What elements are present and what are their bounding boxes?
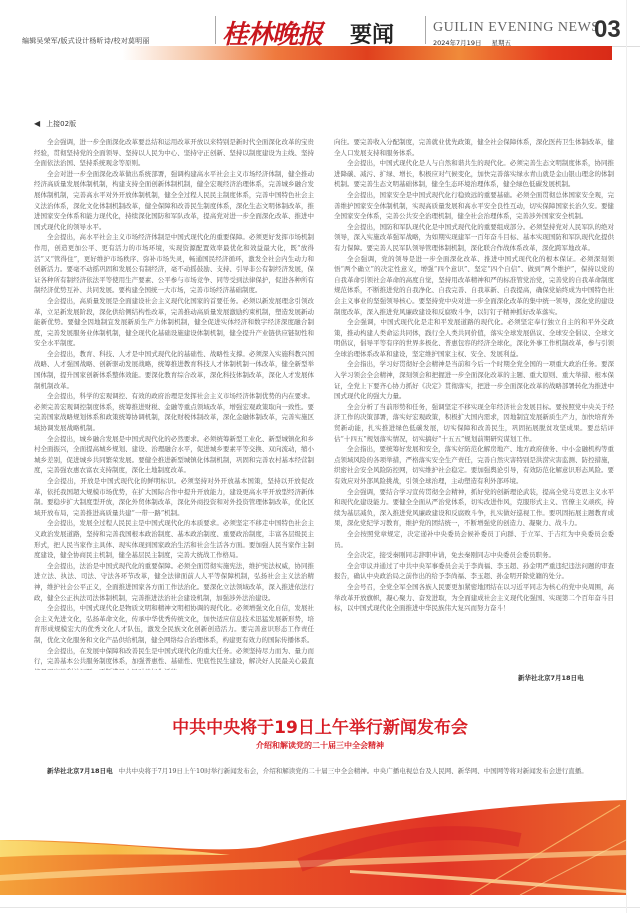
news-subheadline: 介绍和解读党的二十届三中全会精神: [0, 740, 640, 751]
news-headline: 中共中央将于19日上午举行新闻发布会: [0, 713, 640, 738]
article-paragraph: 全会提出，开放是中国式现代化的鲜明标识。必须坚持对外开放基本国策，坚持以开放促改…: [34, 476, 314, 518]
continued-label: 上接02版: [46, 120, 76, 128]
article-paragraph: 全会对进一步全面深化改革做出系统部署，强调构建高水平社会主义市场经济体制，健全推…: [34, 169, 314, 233]
decorative-wave-graphic: [0, 795, 626, 903]
article-paragraph: 全会指出，学习好贯彻好全会精神是当前和今后一个时期全党全国的一项重大政治任务。要…: [334, 359, 614, 401]
article-paragraph: 全会提出，高质量发展是全面建设社会主义现代化国家的首要任务。必须以新发展理念引领…: [34, 296, 314, 349]
article-paragraph: 全会决定，接受秦刚同志辞职申请，免去秦刚同志中央委员会委员职务。: [334, 550, 614, 561]
article-paragraph: 全会按照党章规定，决定递补中央委员会候补委员丁向群、于立军、于吉红为中央委员会委…: [334, 529, 614, 550]
article-paragraph: 全会提出，发展全过程人民民主是中国式现代化的本质要求。必须坚定不移走中国特色社会…: [34, 518, 314, 560]
article-column-left: 全会强调，进一步全面深化改革要总结和运用改革开放以来特别是新时代全面深化改革的宝…: [34, 137, 314, 670]
editors-credit: 编辑吴荣军/版式设计杨昕诗/校对莫明丽: [22, 36, 150, 46]
article-signoff: 新华社北京7月18日电: [518, 673, 584, 682]
page-number: 03: [594, 16, 621, 44]
news-body: 中共中央将于7月19日上午10时举行新闻发布会，介绍和解读党的二十届三中全会精神…: [119, 767, 588, 775]
masthead-divider: [215, 16, 216, 44]
article-paragraph: 全会提出，高水平社会主义市场经济体制是中国式现代化的重要保障。必须更好发挥市场机…: [34, 232, 314, 296]
article-paragraph: 全会指出，要统筹好发展和安全，落实好防范化解房地产、地方政府债务、中小金融机构等…: [334, 444, 614, 486]
article-paragraph: 全会审议并通过了中共中央军事委员会关于李尚福、李玉超、孙金明严重违纪违法问题的审…: [334, 561, 614, 582]
article-paragraph: 全会提出，在发展中保障和改善民生是中国式现代化的重大任务。必须坚持尽力而为、量力…: [34, 646, 314, 671]
page-right-edge: [626, 0, 627, 913]
article-paragraph: 全会提出，教育、科技、人才是中国式现代化的基础性、战略性支撑。必须深入实施科教兴…: [34, 349, 314, 391]
news-byline: 新华社北京7月18日电: [47, 767, 113, 775]
article-paragraph: 全会提出，国防和军队现代化是中国式现代化的重要组成部分。必须坚持党对人民军队的绝…: [334, 222, 614, 254]
article-paragraph: 全会强调，进一步全面深化改革要总结和运用改革开放以来特别是新时代全面深化改革的宝…: [34, 137, 314, 169]
section-title: 要闻: [350, 18, 394, 49]
article-paragraph: 全会提出，中国式现代化是物质文明和精神文明相协调的现代化。必须增强文化自信，发展…: [34, 603, 314, 645]
masthead-decorative-band: [0, 46, 612, 60]
article-column-right: 向往。要完善收入分配制度，完善就业优先政策，健全社会保障体系，深化医药卫生体制改…: [334, 137, 614, 677]
continued-from: ◀上接02版: [34, 119, 76, 129]
article-paragraph: 全会提出，科学的宏观调控、有效的政府治理是发挥社会主义市场经济体制优势的内在要求…: [34, 391, 314, 433]
article-paragraph: 全会提出，法治是中国式现代化的重要保障。必须全面贯彻实施宪法，维护宪法权威，协同…: [34, 561, 314, 603]
news-lead: 新华社北京7月18日电中共中央将于7月19日上午10时举行新闻发布会，介绍和解读…: [34, 766, 614, 777]
article-paragraph: 全会提出，国家安全是中国式现代化行稳致远的重要基础。必须全面贯彻总体国家安全观，…: [334, 190, 614, 222]
newspaper-page: 编辑吴荣军/版式设计杨昕诗/校对莫明丽 桂林晚报 要闻 GUILIN EVENI…: [0, 0, 640, 913]
article-paragraph: 全会强调，党的领导是进一步全面深化改革、推进中国式现代化的根本保证。必须深刻领悟…: [334, 254, 614, 318]
page-bottom-rule: [0, 907, 640, 908]
article-paragraph: 向往。要完善收入分配制度，完善就业优先政策，健全社会保障体系，深化医药卫生体制改…: [334, 137, 614, 158]
article-paragraph: 全会强调，中国式现代化是走和平发展道路的现代化。必须坚定奉行独立自主的和平外交政…: [334, 317, 614, 359]
paper-english-name: GUILIN EVENING NEWS: [433, 20, 600, 36]
speaker-arrow-icon: ◀: [34, 119, 40, 128]
masthead-divider: [425, 16, 426, 44]
article-paragraph: 全会提出，城乡融合发展是中国式现代化的必然要求。必须统筹新型工业化、新型城镇化和…: [34, 434, 314, 476]
article-paragraph: 全会号召，全党全军全国各族人民要更加紧密地团结在以习近平同志为核心的党中央周围，…: [334, 582, 614, 614]
article-paragraph: 全会提出，中国式现代化是人与自然和谐共生的现代化。必须完善生态文明制度体系，协同…: [334, 158, 614, 190]
article-paragraph: 全会分析了当前形势和任务，强调坚定不移实现全年经济社会发展目标。要按照党中央关于…: [334, 402, 614, 444]
article-paragraph: 全会强调，要结合学习宣传贯彻全会精神，抓好党的创新理论武装，提高全党马克思主义水…: [334, 487, 614, 529]
masthead: 编辑吴荣军/版式设计杨昕诗/校对莫明丽 桂林晚报 要闻 GUILIN EVENI…: [0, 0, 640, 60]
